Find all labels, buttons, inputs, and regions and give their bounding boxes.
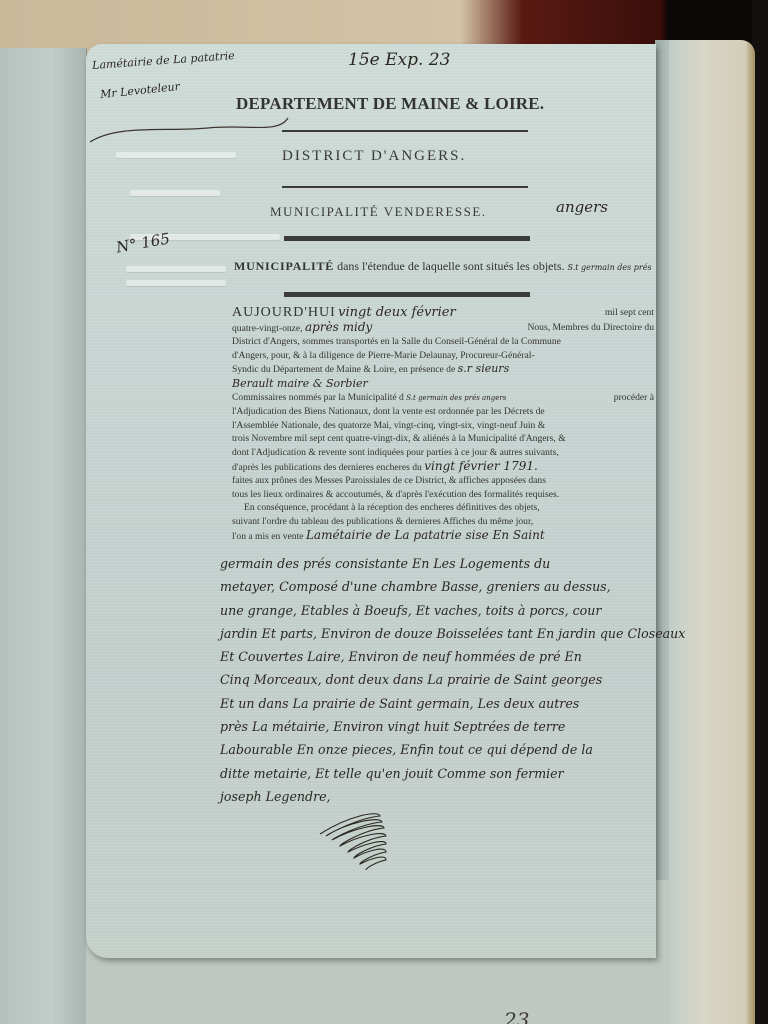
rule (282, 186, 528, 188)
page-stack-edge (655, 40, 755, 1024)
text-line: dont l'Adjudication & revente sont indiq… (232, 446, 654, 460)
embossed-text (126, 280, 226, 286)
margin-annotation-name: Mr Levoteleur (100, 80, 181, 101)
handwritten-line: joseph Legendre, (220, 785, 660, 808)
handwritten-description: germain des prés consistante En Les Loge… (220, 552, 660, 808)
left-facing-page (0, 48, 87, 1024)
text-line: l'Adjudication des Biens Nationaux, dont… (232, 405, 654, 419)
embossed-text (130, 190, 220, 196)
heavy-rule (284, 236, 530, 241)
district-heading: DISTRICT D'ANGERS. (282, 148, 466, 165)
text-line: faites aux prônes des Messes Paroissiale… (232, 474, 654, 488)
paraph-signature-icon (318, 806, 398, 876)
handwritten-line: metayer, Composé d'une chambre Basse, gr… (220, 575, 660, 598)
encheres-date-handwritten: vingt février 1791. (424, 459, 538, 473)
text-line: District d'Angers, sommes transportés en… (232, 335, 654, 349)
text-line: l'on a mis en vente (232, 531, 304, 542)
municipality-location-hand: S.t germain des prés (568, 263, 652, 272)
municipality-heading: MUNICIPALITÉ VENDERESSE. (270, 204, 487, 220)
embossed-text (116, 152, 236, 158)
text-line: d'Angers, pour, & à la diligence de Pier… (232, 349, 654, 363)
text-line: trois Novembre mil sept cent quatre-ving… (232, 432, 654, 446)
text-line: Commissaires nommés par la Municipalité … (232, 392, 404, 403)
aujourdhui: AUJOURD'HUI (232, 305, 336, 320)
handwritten-line: Cinq Morceaux, dont deux dans La prairie… (220, 668, 660, 691)
municipality-location-line: MUNICIPALITÉ dans l'étendue de laquelle … (234, 259, 652, 274)
handwritten-line: Labourable En onze pieces, Enfin tout ce… (220, 738, 660, 761)
folio-number: 15e Exp. 23 (348, 50, 450, 70)
text-line: procéder à (614, 391, 654, 405)
time-handwritten: après midy (305, 320, 372, 334)
presence-handwritten: Berault maire & Sorbier (232, 377, 654, 391)
commune-handwritten: S.t germain des prés angers (406, 394, 506, 402)
handwritten-line: Et Couvertes Laire, Environ de neuf homm… (220, 645, 660, 668)
heavy-rule (284, 292, 530, 297)
handwritten-line: jardin Et parts, Environ de douze Boisse… (220, 622, 660, 645)
handwritten-line: près La métairie, Environ vingt huit Sep… (220, 715, 660, 738)
text-line: tous les lieux ordinaires & accoutumés, … (232, 488, 654, 502)
municipality-label: MUNICIPALITÉ (234, 259, 334, 273)
property-handwritten: Lamétairie de La patatrie sise En Saint (306, 528, 545, 542)
underlying-page-mark: 23 (504, 1008, 529, 1024)
document-sheet: Lamétairie de La patatrie Mr Levoteleur … (86, 44, 656, 958)
department-heading: DEPARTEMENT DE MAINE & LOIRE. (236, 94, 544, 114)
text-line: Syndic du Département de Maine & Loire, … (232, 364, 455, 375)
municipality-handwritten: angers (556, 198, 608, 216)
text-line: d'après les publications des dernieres e… (232, 462, 422, 473)
handwritten-line: une grange, Etables à Boeufs, Et vaches,… (220, 599, 660, 622)
handwritten-line: Et un dans La prairie de Saint germain, … (220, 692, 660, 715)
text-line: suivant l'ordre du tableau des publicati… (232, 515, 654, 529)
text-line: mil sept cent (605, 306, 654, 320)
rule (282, 130, 528, 132)
text-line: En conséquence, procédant à la réception… (232, 501, 654, 515)
presence-handwritten: s.r sieurs (458, 362, 510, 375)
handwritten-line: germain des prés consistante En Les Loge… (220, 552, 660, 575)
municipality-text: dans l'étendue de laquelle sont situés l… (337, 259, 564, 273)
date-handwritten: vingt deux février (338, 305, 456, 320)
entry-number: N° 165 (115, 229, 171, 256)
flourish-icon (88, 114, 298, 144)
text-line: Nous, Membres du Directoire du (527, 321, 654, 335)
handwritten-line: ditte metairie, Et telle qu'en jouit Com… (220, 762, 660, 785)
text-line: quatre-vingt-onze, (232, 323, 303, 334)
margin-annotation-title: Lamétairie de La patatrie (92, 49, 235, 72)
text-line: l'Assemblée Nationale, des quatorze Mai,… (232, 419, 654, 433)
embossed-text (126, 266, 226, 272)
printed-form-text: AUJOURD'HUI vingt deux février mil sept … (232, 306, 654, 543)
